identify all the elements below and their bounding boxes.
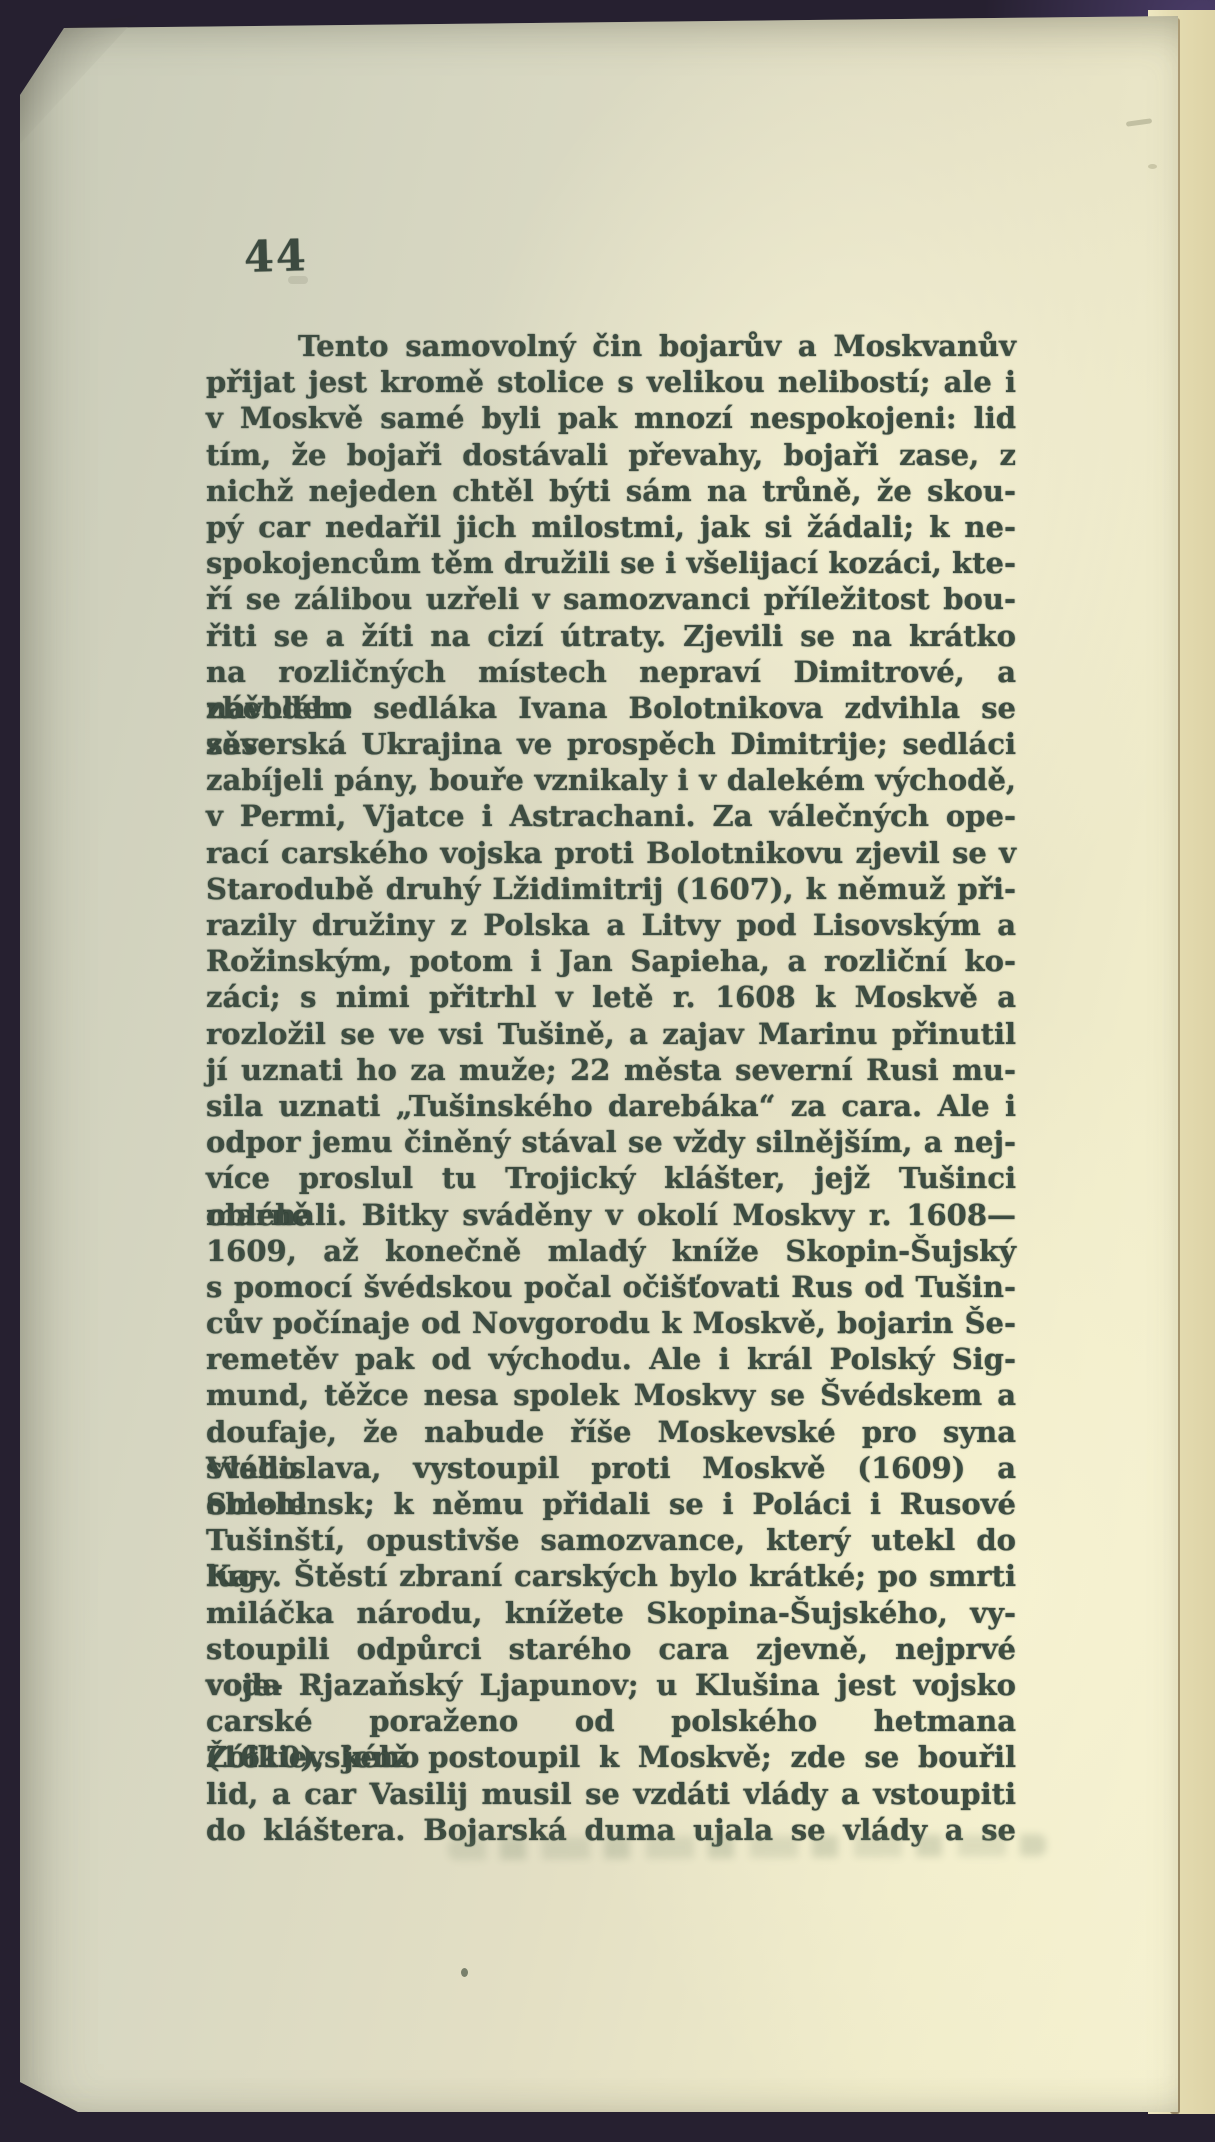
text-line: voda Rjazaňský Ljapunov; u Klušina jest … [206, 1667, 1016, 1703]
text-line: záci; s nimi přitrhl v letě r. 1608 k Mo… [206, 979, 1016, 1015]
show-through-text-smudge [448, 1834, 1046, 1860]
text-line: nichž nejeden chtěl býti sám na trůně, ž… [206, 473, 1016, 509]
text-line: razily družiny z Polska a Litvy pod Liso… [206, 907, 1016, 943]
text-line: spokojencům těm družili se i všelijací k… [206, 545, 1016, 581]
text-line: přijat jest kromě stolice s velikou neli… [206, 364, 1016, 400]
text-line: ří se zálibou uzřeli v samozvanci přílež… [206, 581, 1016, 617]
book-page: 44 Tento samovolný čin bojarův a Moskvan… [20, 14, 1178, 2112]
text-line: sila uznati „Tušinského darebáka“ za car… [206, 1088, 1016, 1124]
paper-smudge [1148, 164, 1157, 169]
text-line: Tušinští, opustivše samozvance, který ut… [206, 1522, 1016, 1558]
text-line: Smolensk; k němu přidali se i Poláci i R… [206, 1486, 1016, 1522]
text-line: pý car nedařil jich milostmi, jak si žád… [206, 509, 1016, 545]
text-line: Tento samovolný čin bojarův a Moskvanův [206, 328, 1016, 364]
text-line: v Moskvě samé byli pak mnozí nespokojeni… [206, 400, 1016, 436]
text-line: rozložil se ve vsi Tušině, a zajav Marin… [206, 1016, 1016, 1052]
text-line: na rozličných místech nepraví Dimitrové,… [206, 654, 1016, 690]
text-line: s pomocí švédskou počal očišťovati Rus o… [206, 1269, 1016, 1305]
scanned-book-page: 44 Tento samovolný čin bojarův a Moskvan… [0, 0, 1215, 2142]
text-line: tím, že bojaři dostávali převahy, bojaři… [206, 437, 1016, 473]
text-line: 1609, až konečně mladý kníže Skopin-Šujs… [206, 1233, 1016, 1269]
text-line: mund, těžce nesa spolek Moskvy se Švédsk… [206, 1377, 1016, 1413]
text-line: řiti se a žíti na cizí útraty. Zjevili s… [206, 618, 1016, 654]
text-line: Vladislava, vystoupil proti Moskvě (1609… [206, 1450, 1016, 1486]
text-line: v Permi, Vjatce i Astrachani. Za válečný… [206, 798, 1016, 834]
text-line: lugy. Štěstí zbraní carských bylo krátké… [206, 1558, 1016, 1594]
text-line: jí uznati ho za muže; 22 města severní R… [206, 1052, 1016, 1088]
body-text: Tento samovolný čin bojarův a Moskvanůvp… [206, 328, 1016, 1848]
text-line: rací carského vojska proti Bolotnikovu z… [206, 835, 1016, 871]
paper-smudge [288, 276, 308, 284]
paper-smudge [1126, 118, 1152, 127]
text-line: lid, a car Vasilij musil se vzdáti vlády… [206, 1776, 1016, 1812]
text-line: doufaje, že nabude říše Moskevské pro sy… [206, 1414, 1016, 1450]
text-line: sěverská Ukrajina ve prospěch Dimitrije;… [206, 726, 1016, 762]
text-line: odpor jemu činěný stával se vždy silnějš… [206, 1124, 1016, 1160]
text-line: miláčka národu, knížete Skopina-Šujského… [206, 1595, 1016, 1631]
text-line: Starodubě druhý Lžidimitrij (1607), k ně… [206, 871, 1016, 907]
text-line: obléhali. Bitky sváděny v okolí Moskvy r… [206, 1197, 1016, 1233]
text-line: Rožinským, potom i Jan Sapieha, a rozlič… [206, 943, 1016, 979]
text-line: více proslul tu Trojický klášter, jejž T… [206, 1160, 1016, 1196]
text-line: zabíjeli pány, bouře vznikaly i v daleké… [206, 762, 1016, 798]
text-line: (1610), jenž postoupil k Moskvě; zde se … [206, 1739, 1016, 1775]
ink-speck [461, 1968, 468, 1977]
text-line: carské poraženo od polského hetmana Žółk… [206, 1703, 1016, 1739]
text-line: remetěv pak od východu. Ale i král Polsk… [206, 1341, 1016, 1377]
text-line: stoupili odpůrci starého cara zjevně, ne… [206, 1631, 1016, 1667]
text-line: zběhlého sedláka Ivana Bolotnikova zdvih… [206, 690, 1016, 726]
text-line: cův počínaje od Novgorodu k Moskvě, boja… [206, 1305, 1016, 1341]
